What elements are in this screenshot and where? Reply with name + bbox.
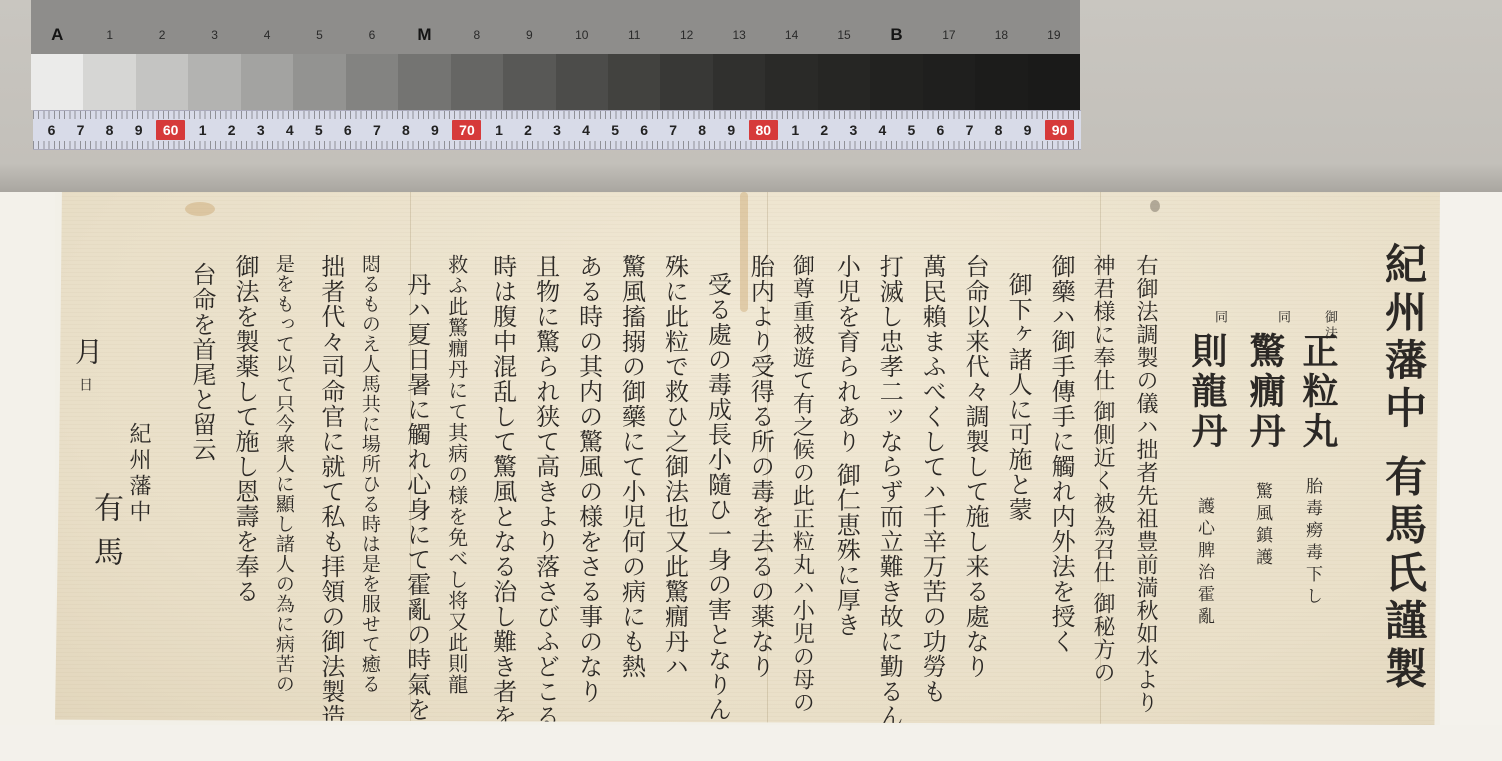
ruler-number: 1 (188, 120, 217, 140)
target-label: 5 (293, 28, 345, 42)
date-month: 月 (67, 337, 107, 369)
target-label: 13 (713, 28, 765, 42)
target-label: 12 (660, 28, 712, 42)
gray-patch (660, 54, 712, 110)
body-text-column: 丹ハ夏日暑に觸れ心身にて霍亂の時氣を (400, 272, 435, 732)
ruler-number: 9 (1013, 120, 1042, 140)
ruler-number: 9 (717, 120, 746, 140)
gray-patch (241, 54, 293, 110)
ruler-number: 9 (124, 120, 153, 140)
gray-patch (398, 54, 450, 110)
body-text-column: 悶るものえ人馬共に場所ひる時は是を服せて癒る (357, 254, 384, 714)
target-label: 11 (608, 28, 660, 42)
target-label: 8 (451, 28, 503, 42)
product-prefix: 同 (1210, 310, 1229, 326)
gray-patch (608, 54, 660, 110)
ruler-number: 7 (659, 120, 688, 140)
target-label: 1 (83, 28, 135, 42)
gray-patch (870, 54, 922, 110)
ruler-number: 9 (420, 120, 449, 140)
target-label: 19 (1028, 28, 1080, 42)
target-label: 17 (923, 28, 975, 42)
target-label: 15 (818, 28, 870, 42)
body-text-column: 萬民賴まふべくしてハ千辛万苦の功勞も (915, 254, 950, 714)
scan-background-left (0, 192, 55, 761)
body-text-column: 台命を首尾と留云 (185, 262, 220, 722)
ruler-number: 4 (275, 120, 304, 140)
body-text-column: 御下ヶ諸人に可施と蒙 (1001, 272, 1036, 732)
ruler-number: 2 (217, 120, 246, 140)
ruler-number: 3 (839, 120, 868, 140)
body-text-column: 胎内より受得る所の毒を去るの薬なり (743, 254, 778, 714)
ruler-number: 60 (156, 120, 185, 140)
body-text-column: 時は腹中混乱して驚風となる治し難き者を (486, 254, 521, 714)
gray-patch (818, 54, 870, 110)
gray-patch (31, 54, 83, 110)
target-label: 3 (188, 28, 240, 42)
ruler-number: 6 (630, 120, 659, 140)
gray-patches (31, 54, 1080, 110)
product-prefix: 同 (1273, 310, 1292, 326)
ruler-number: 5 (601, 120, 630, 140)
ruler-number: 8 (391, 120, 420, 140)
gray-patch (556, 54, 608, 110)
paper-stain (185, 202, 215, 216)
target-label: B (870, 25, 922, 45)
ruler-ticks-bottom (33, 141, 1081, 149)
ruler-number: 90 (1045, 120, 1074, 140)
ruler-number: 7 (955, 120, 984, 140)
ruler-number: 80 (749, 120, 778, 140)
body-text-column: 拙者代々司命官に就て私も拝領の御法製造 (314, 254, 349, 714)
ruler-number: 4 (572, 120, 601, 140)
gray-patch (293, 54, 345, 110)
target-label: M (398, 25, 450, 45)
target-label: 14 (765, 28, 817, 42)
ruler-number: 1 (484, 120, 513, 140)
ruler-number: 5 (304, 120, 333, 140)
body-text-column: 御尊重被遊て有之候の此正粒丸ハ小児の母の (786, 254, 817, 714)
ruler-number: 1 (781, 120, 810, 140)
target-label: 4 (241, 28, 293, 42)
ruler-number: 8 (984, 120, 1013, 140)
gray-patch (975, 54, 1027, 110)
ruler-number: 8 (95, 120, 124, 140)
ruler-number: 3 (246, 120, 275, 140)
target-label: 18 (975, 28, 1027, 42)
scan-background-bottom (0, 725, 1502, 761)
target-label: 9 (503, 28, 555, 42)
product-effect: 胎毒癆毒下し (1300, 477, 1325, 609)
body-text-column: 受る處の毒成長小隨ひ一身の害となりん (700, 272, 735, 732)
scan-background-right (1440, 192, 1502, 761)
paper-stain (1150, 200, 1160, 212)
ruler-number: 8 (688, 120, 717, 140)
gray-patch (765, 54, 817, 110)
date-day: 日 (75, 377, 95, 394)
gray-patch (1028, 54, 1080, 110)
product-name: 則龍丹 (1182, 332, 1233, 452)
product-name: 驚癇丹 (1240, 332, 1291, 452)
gray-patch (451, 54, 503, 110)
gray-patch (713, 54, 765, 110)
gray-patch (346, 54, 398, 110)
ruler-number: 5 (897, 120, 926, 140)
ruler-number: 4 (868, 120, 897, 140)
body-text-column: ある時の其内の驚風の様をさる事のなり (572, 254, 607, 714)
product-effect: 驚風鎮護 (1250, 482, 1275, 570)
body-text-column: 是をもって以て只今衆人に顯し諸人の為に病苦の (271, 254, 298, 714)
product-effect: 護心脾治霍亂 (1192, 497, 1217, 629)
ruler-number: 6 (37, 120, 66, 140)
ruler-number: 3 (543, 120, 572, 140)
body-text-column: 神君様に奉仕 御側近く被為召仕 御秘方の (1087, 254, 1118, 714)
target-label: 10 (556, 28, 608, 42)
body-text-column: 殊に此粒で救ひ之御法也又此驚癇丹ハ (658, 254, 693, 714)
body-text-column: 驚風搐搦の御藥にて小児何の病にも熱 (615, 254, 650, 714)
ruler-ticks-top (33, 111, 1081, 119)
ruler-number: 70 (452, 120, 481, 140)
body-text-column: 小児を育られあり 御仁恵殊に厚き (829, 254, 864, 714)
measuring-ruler: 678960123456789701234567898012345678990 (33, 110, 1081, 150)
ruler-number: 7 (66, 120, 95, 140)
document-title: 紀州藩中 有馬氏謹製 (1373, 242, 1433, 712)
target-labels: A123456M89101112131415B171819 (31, 20, 1080, 50)
handbill-document: 紀州藩中 有馬氏謹製 御法 正粒丸 胎毒癆毒下し 同 驚癇丹 驚風鎮護 同 則龍… (55, 192, 1440, 725)
signature-domain: 紀州藩中 (123, 422, 154, 526)
body-text-column: 打滅し忠孝二ッならず而立難き故に勤るん (872, 254, 907, 714)
ruler-number: 2 (810, 120, 839, 140)
gray-patch (923, 54, 975, 110)
gray-patch (83, 54, 135, 110)
body-text-column: 且物に驚られ狭て高きより落さびふどこる (529, 254, 564, 714)
body-text-column: 救ふ此驚癇丹にて其病の様を免べし将又此則龍 (443, 254, 472, 714)
gray-scale-target: A123456M89101112131415B171819 (31, 0, 1080, 110)
ruler-number: 7 (362, 120, 391, 140)
target-label: A (31, 25, 83, 45)
gray-patch (188, 54, 240, 110)
body-text-column: 台命以来代々調製して施し来る處なり (958, 254, 993, 714)
body-text-column: 御法を製薬して施し恩壽を奉る (228, 254, 263, 714)
signature-name: 有馬 (83, 492, 127, 580)
product-name: 正粒丸 (1293, 332, 1344, 452)
ruler-number: 6 (333, 120, 362, 140)
gray-patch (136, 54, 188, 110)
target-label: 6 (346, 28, 398, 42)
ruler-numbers: 678960123456789701234567898012345678990 (37, 120, 1077, 140)
body-text-column: 右御法調製の儀ハ拙者先祖豊前満秋如水より (1130, 254, 1161, 714)
ruler-number: 6 (926, 120, 955, 140)
ruler-number: 2 (514, 120, 543, 140)
target-label: 2 (136, 28, 188, 42)
body-text-column: 御藥ハ御手傳手に觸れ内外法を授く (1044, 254, 1079, 714)
gray-patch (503, 54, 555, 110)
